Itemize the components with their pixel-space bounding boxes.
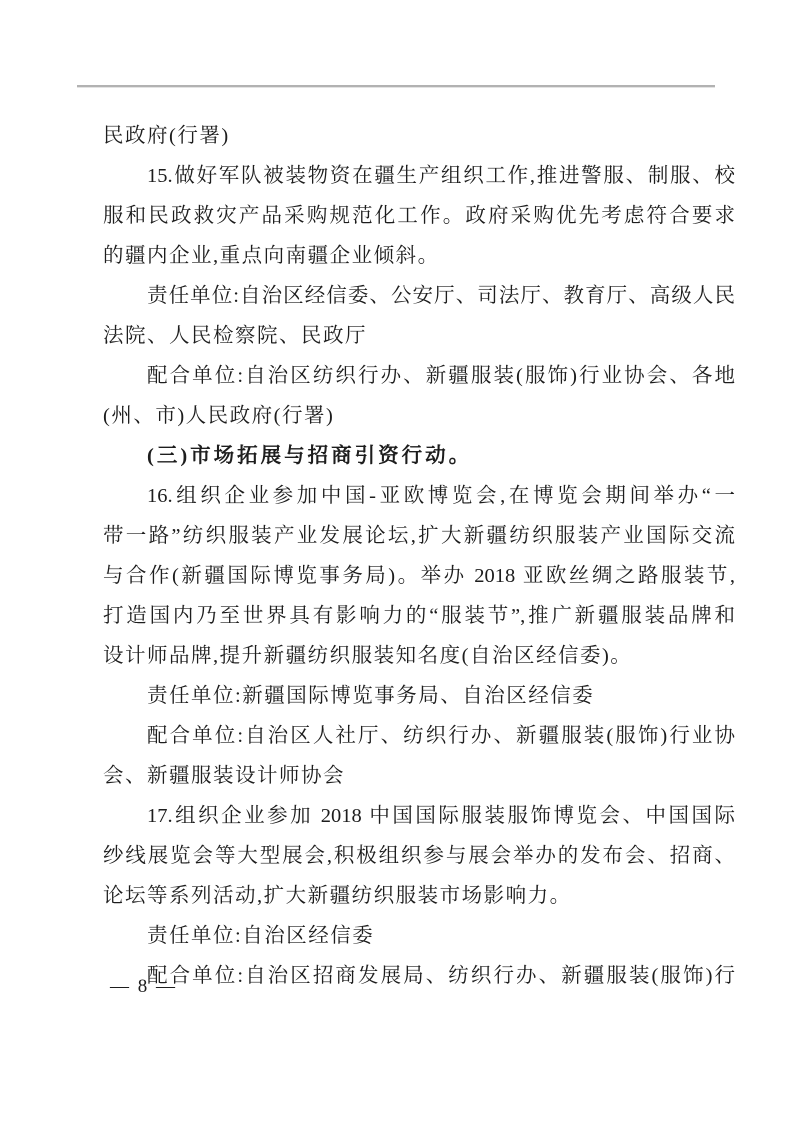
body-text-line: 责任单位:新疆国际博览事务局、自治区经信委 xyxy=(103,676,735,716)
document-body: 民政府(行署)15.做好军队被装物资在疆生产组织工作,推进警服、制服、校服和民政… xyxy=(103,116,735,996)
body-text-line: 民政府(行署) xyxy=(103,116,735,156)
body-text-line: 与合作(新疆国际博览事务局)。举办 2018 亚欧丝绸之路服装节, xyxy=(103,556,735,596)
body-text-line: 法院、人民检察院、民政厅 xyxy=(103,316,735,356)
body-text-line: 纱线展览会等大型展会,积极组织参与展会举办的发布会、招商、 xyxy=(103,836,735,876)
body-text-line: 带一路”纺织服装产业发展论坛,扩大新疆纺织服装产业国际交流 xyxy=(103,516,735,556)
body-text-line: 设计师品牌,提升新疆纺织服装知名度(自治区经信委)。 xyxy=(103,636,735,676)
header-rule xyxy=(77,85,715,88)
body-text-line: 打造国内乃至世界具有影响力的“服装节”,推广新疆服装品牌和 xyxy=(103,596,735,636)
body-text-line: 17.组织企业参加 2018 中国国际服装服饰博览会、中国国际 xyxy=(103,796,735,836)
body-text-line: 责任单位:自治区经信委 xyxy=(103,916,735,956)
body-text-line: 论坛等系列活动,扩大新疆纺织服装市场影响力。 xyxy=(103,876,735,916)
body-text-line: 责任单位:自治区经信委、公安厅、司法厅、教育厅、高级人民 xyxy=(103,276,735,316)
page-number: — 8 — xyxy=(110,974,177,1000)
body-text-line: (州、市)人民政府(行署) xyxy=(103,396,735,436)
body-text-line: 16.组织企业参加中国-亚欧博览会,在博览会期间举办“一 xyxy=(103,476,735,516)
document-page: 民政府(行署)15.做好军队被装物资在疆生产组织工作,推进警服、制服、校服和民政… xyxy=(0,0,793,1122)
body-text-line: 15.做好军队被装物资在疆生产组织工作,推进警服、制服、校 xyxy=(103,156,735,196)
body-text-line: 的疆内企业,重点向南疆企业倾斜。 xyxy=(103,236,735,276)
body-text-line: 配合单位:自治区人社厅、纺织行办、新疆服装(服饰)行业协 xyxy=(103,716,735,756)
body-text-line: 配合单位:自治区招商发展局、纺织行办、新疆服装(服饰)行 xyxy=(103,956,735,996)
body-text-line: 会、新疆服装设计师协会 xyxy=(103,756,735,796)
section-heading-line: (三)市场拓展与招商引资行动。 xyxy=(103,436,735,476)
body-text-line: 配合单位:自治区纺织行办、新疆服装(服饰)行业协会、各地 xyxy=(103,356,735,396)
body-text-line: 服和民政救灾产品采购规范化工作。政府采购优先考虑符合要求 xyxy=(103,196,735,236)
